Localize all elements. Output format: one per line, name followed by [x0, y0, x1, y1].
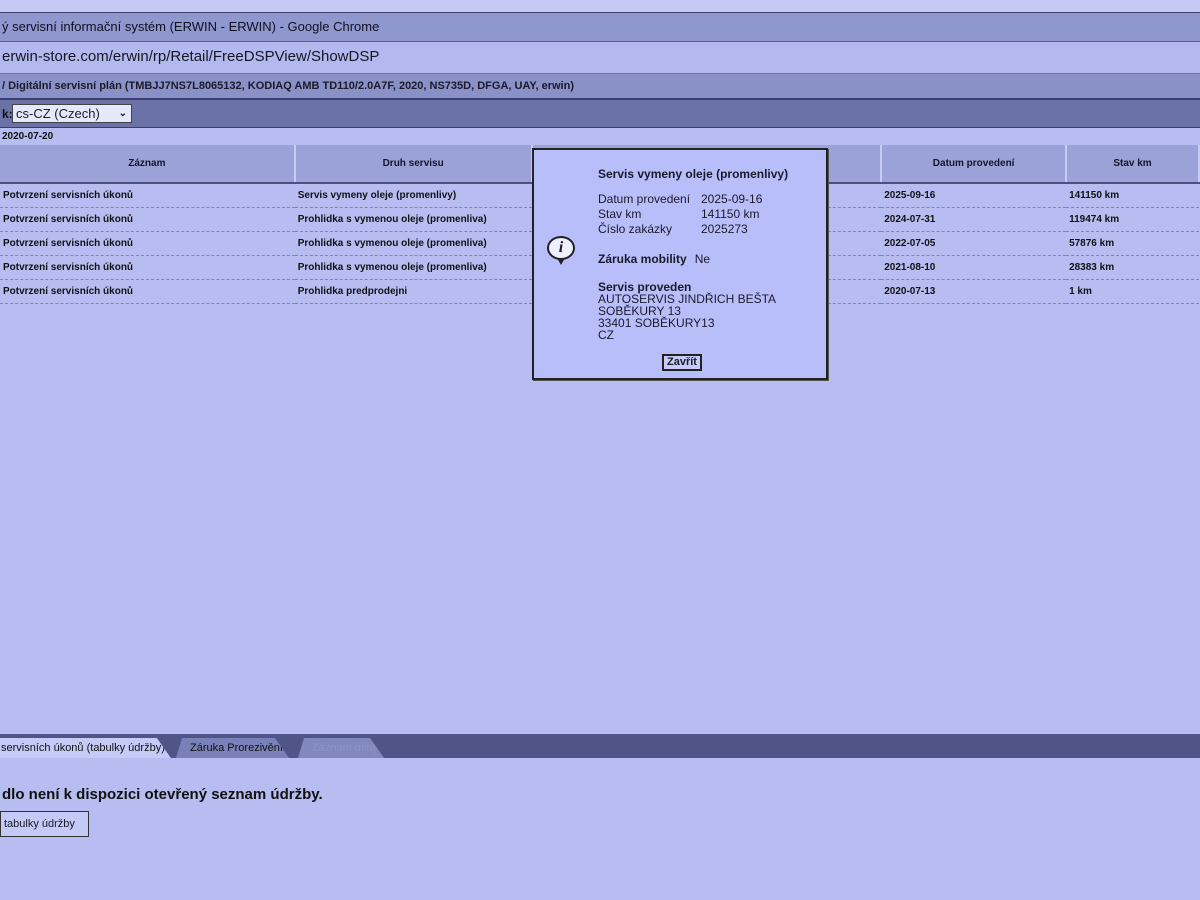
cell-druh-servisu[interactable]: Prohlidka s vymenou oleje (promenliva) [295, 207, 532, 231]
info-icon: i [547, 236, 575, 260]
cell-druh-servisu[interactable]: Prohlidka s vymenou oleje (promenliva) [295, 255, 532, 279]
cell-zaznam[interactable]: Potvrzení servisních úkonů [0, 207, 295, 231]
language-select[interactable]: cs-CZ (Czech) ⌄ [12, 104, 132, 123]
cell-datum: 2021-08-10 [881, 255, 1066, 279]
service-detail-popup: i Servis vymeny oleje (promenlivy) Datum… [532, 148, 828, 380]
mobility-value: Ne [695, 252, 710, 266]
cell-zaznam[interactable]: Potvrzení servisních úkonů [0, 255, 295, 279]
cell-zaznam[interactable]: Potvrzení servisních úkonů [0, 183, 295, 207]
close-button[interactable]: Zavřít [662, 354, 702, 371]
window-title-bar: ý servisní informační systém (ERWIN - ER… [0, 12, 1200, 42]
tab-zaruka-prorezivení[interactable]: Záruka Prorezivění [176, 738, 289, 758]
cell-datum: 2022-07-05 [881, 231, 1066, 255]
popup-field-datum: Datum provedení2025-09-16 [598, 192, 762, 206]
popup-field-cislo-zakazky: Číslo zakázky2025273 [598, 222, 748, 236]
popup-field-mobility: Záruka mobilityNe [598, 252, 710, 266]
cell-druh-servisu[interactable]: Prohlidka predprodejni [295, 279, 532, 303]
tab-servisni-ukony[interactable]: servisních úkonů (tabulky údržby) [0, 738, 171, 758]
popup-title: Servis vymeny oleje (promenlivy) [598, 167, 788, 181]
language-selected: cs-CZ (Czech) [16, 106, 100, 121]
provider-line: CZ [598, 329, 776, 341]
popup-field-stav-km: Stav km141150 km [598, 207, 759, 221]
cell-zaznam[interactable]: Potvrzení servisních úkonů [0, 231, 295, 255]
provider-line: 33401 SOBĚKURY13 [598, 317, 776, 329]
header-stav-km[interactable]: Stav km [1066, 145, 1199, 183]
cell-zaznam[interactable]: Potvrzení servisních úkonů [0, 279, 295, 303]
top-strip [0, 0, 1200, 12]
field-label: Datum provedení [598, 192, 701, 206]
header-zaznam[interactable]: Záznam [0, 145, 295, 183]
date-label: 2020-07-20 [2, 131, 53, 142]
cell-stav-km: 141150 km [1066, 183, 1199, 207]
url-text[interactable]: erwin-store.com/erwin/rp/Retail/FreeDSPV… [2, 48, 379, 65]
cell-stav-km: 28383 km [1066, 255, 1199, 279]
field-value: 2025273 [701, 222, 748, 236]
language-bar: k: cs-CZ (Czech) ⌄ [0, 100, 1200, 128]
header-datum-provedeni[interactable]: Datum provedení [881, 145, 1066, 183]
page-header-title: / Digitální servisní plán (TMBJJ7NS7L806… [2, 80, 574, 92]
cell-stav-km: 1 km [1066, 279, 1199, 303]
cell-stav-km: 119474 km [1066, 207, 1199, 231]
maintenance-message: dlo není k dispozici otevřený seznam údr… [2, 786, 323, 803]
cell-stav-km: 57876 km [1066, 231, 1199, 255]
cell-druh-servisu[interactable]: Servis vymeny oleje (promenlivy) [295, 183, 532, 207]
maintenance-table-button[interactable]: tabulky údržby [0, 811, 89, 837]
mobility-label: Záruka mobility [598, 252, 687, 266]
cell-datum: 2024-07-31 [881, 207, 1066, 231]
cell-datum: 2025-09-16 [881, 183, 1066, 207]
address-bar[interactable]: erwin-store.com/erwin/rp/Retail/FreeDSPV… [0, 42, 1200, 74]
chevron-down-icon: ⌄ [119, 105, 127, 122]
field-label: Číslo zakázky [598, 222, 701, 236]
cell-druh-servisu[interactable]: Prohlidka s vymenou oleje (promenliva) [295, 231, 532, 255]
tab-zaznam-dilny[interactable]: Záznam dílny [298, 738, 384, 758]
field-label: Stav km [598, 207, 701, 221]
provider-block: Servis proveden AUTOSERVIS JINDŘICH BEŠT… [598, 281, 776, 341]
field-value: 2025-09-16 [701, 192, 762, 206]
page-header: / Digitální servisní plán (TMBJJ7NS7L806… [0, 74, 1200, 100]
cell-datum: 2020-07-13 [881, 279, 1066, 303]
screen: ý servisní informační systém (ERWIN - ER… [0, 0, 1200, 900]
field-value: 141150 km [701, 207, 759, 221]
window-title: ý servisní informační systém (ERWIN - ER… [2, 19, 379, 34]
header-druh-servisu[interactable]: Druh servisu [295, 145, 532, 183]
